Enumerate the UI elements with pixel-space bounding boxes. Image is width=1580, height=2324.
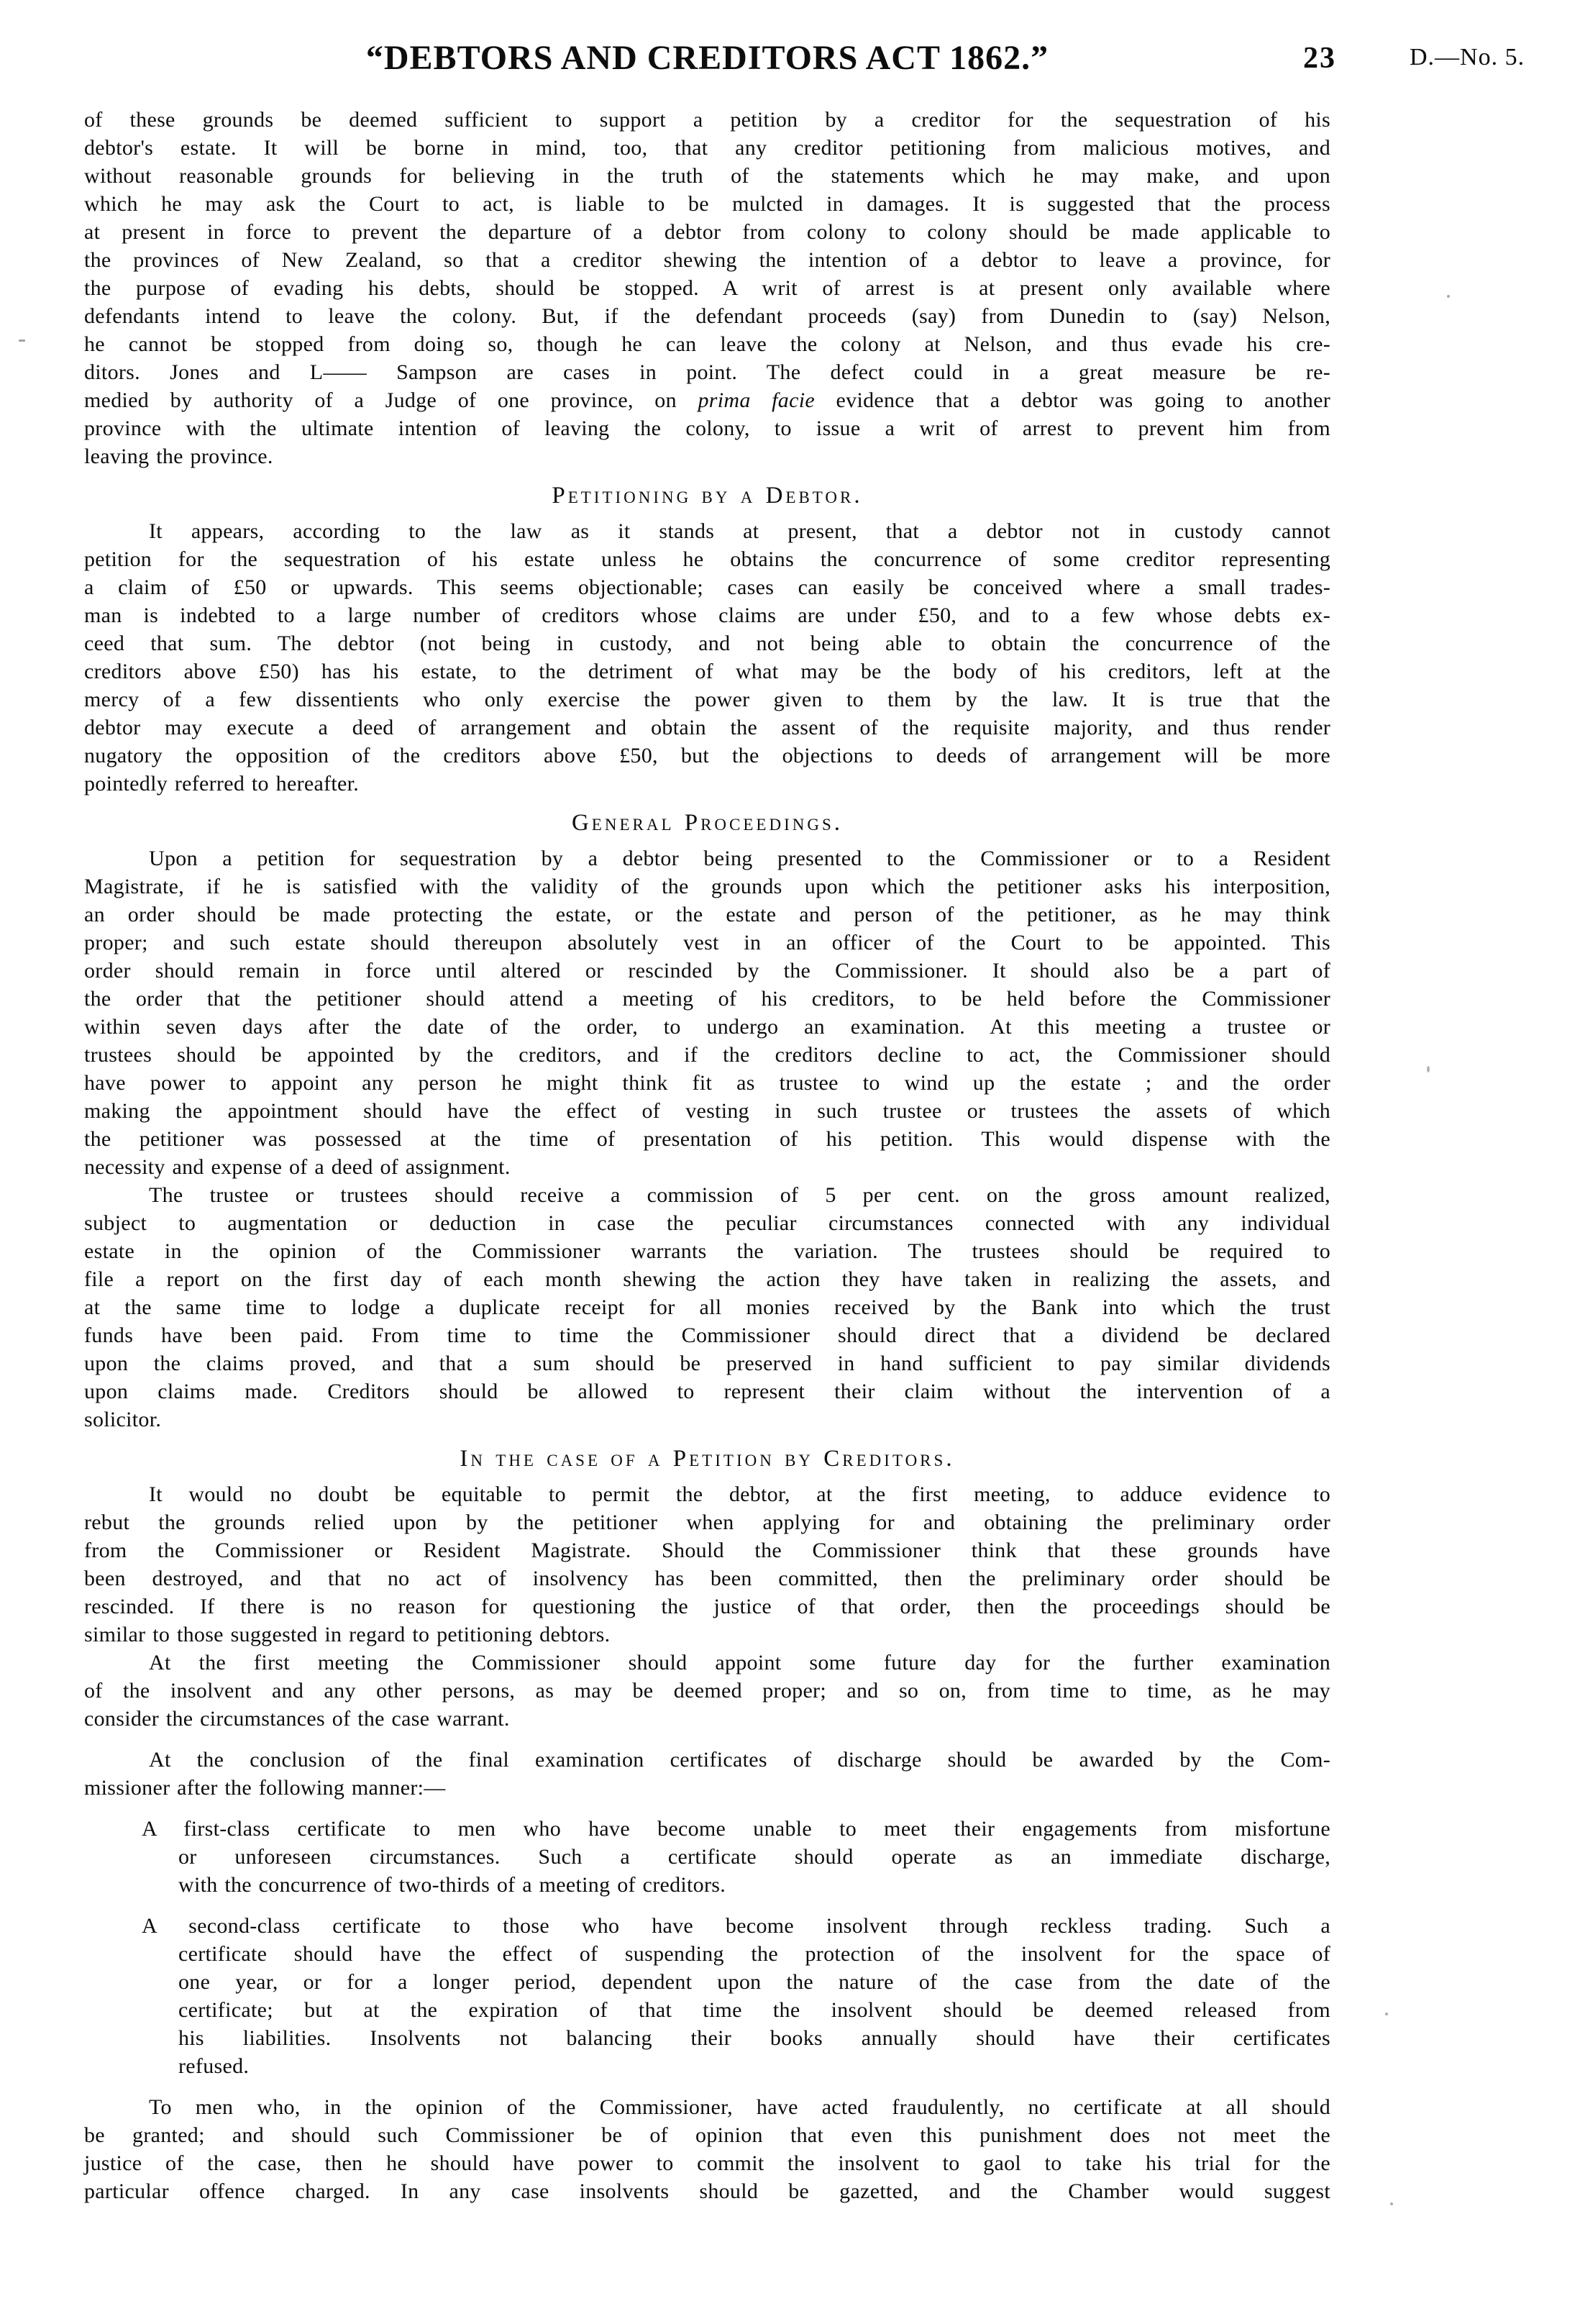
text-line: At the first meeting the Commissioner sh… [84,1649,1330,1677]
paragraph: It appears, according to the law as it s… [84,517,1330,798]
text-line: solicitor. [84,1405,1330,1434]
text-line: the petitioner was possessed at the time… [84,1125,1330,1153]
text-line: certificate should have the effect of su… [84,1940,1330,1968]
text-line: at the same time to lodge a duplicate re… [84,1293,1330,1321]
text-line: similar to those suggested in regard to … [84,1621,1330,1649]
text-line: Upon a petition for sequestration by a d… [84,844,1330,872]
text-line: nugatory the opposition of the creditors… [84,742,1330,770]
page-header: “DEBTORS AND CREDITORS ACT 1862.” 23 D.—… [84,32,1330,106]
text-line: Magistrate, if he is satisfied with the … [84,872,1330,901]
text-line: funds have been paid. From time to time … [84,1321,1330,1349]
text-line: making the appointment should have the e… [84,1097,1330,1125]
paragraph: At the first meeting the Commissioner sh… [84,1649,1330,1733]
text-line: trustees should be appointed by the cred… [84,1041,1330,1069]
text-line: A first-class certificate to men who hav… [84,1815,1330,1843]
text-line: have power to appoint any person he migh… [84,1069,1330,1097]
certificate-item: A second-class certificate to those who … [84,1912,1330,2080]
text-segment: medied by authority of a Judge of one pr… [84,388,698,412]
text-line: It would no doubt be equitable to permit… [84,1480,1330,1508]
text-line: refused. [84,2052,1330,2080]
text-segment: evidence that a debtor was going to anot… [815,388,1330,412]
text-line: debtor may execute a deed of arrangement… [84,714,1330,742]
text-line: defendants intend to leave the colony. B… [84,302,1330,330]
text-line: without reasonable grounds for believing… [84,162,1330,190]
document-body: of these grounds be deemed sufficient to… [84,106,1330,2205]
text-line: The trustee or trustees should receive a… [84,1181,1330,1209]
page-title: “DEBTORS AND CREDITORS ACT 1862.” [84,32,1330,78]
text-line: his liabilities. Insolvents not balancin… [84,2024,1330,2052]
text-line: a claim of £50 or upwards. This seems ob… [84,573,1330,601]
text-line: missioner after the following manner:— [84,1774,1330,1802]
text-line: upon the claims proved, and that a sum s… [84,1349,1330,1377]
text-line: estate in the opinion of the Commissione… [84,1237,1330,1265]
text-line: It appears, according to the law as it s… [84,517,1330,545]
paragraph: Upon a petition for sequestration by a d… [84,844,1330,1181]
text-line: from the Commissioner or Resident Magist… [84,1536,1330,1564]
text-line: medied by authority of a Judge of one pr… [84,386,1330,414]
scan-artifact [1390,2202,1393,2205]
text-line: mercy of a few dissentients who only exe… [84,685,1330,714]
scan-artifact [1385,2013,1388,2015]
text-line: A second-class certificate to those who … [84,1912,1330,1940]
paragraph: The trustee or trustees should receive a… [84,1181,1330,1434]
scan-artifact [19,340,25,342]
text-line: at present in force to prevent the depar… [84,218,1330,246]
text-line: or unforeseen circumstances. Such a cert… [84,1843,1330,1871]
section-heading: General Proceedings. [84,809,1330,837]
paragraph: It would no doubt be equitable to permit… [84,1480,1330,1649]
document-page: “DEBTORS AND CREDITORS ACT 1862.” 23 D.—… [0,0,1580,2324]
text-line: ditors. Jones and L—— Sampson are cases … [84,358,1330,386]
text-line: be granted; and should such Commissioner… [84,2121,1330,2149]
paragraph: To men who, in the opinion of the Commis… [84,2093,1330,2205]
text-line: rescinded. If there is no reason for que… [84,1592,1330,1621]
text-line: leaving the province. [84,442,1330,470]
section-heading: In the case of a Petition by Creditors. [84,1445,1330,1473]
text-line: file a report on the first day of each m… [84,1265,1330,1293]
text-line: he cannot be stopped from doing so, thou… [84,330,1330,358]
text-line: the provinces of New Zealand, so that a … [84,246,1330,274]
text-line: rebut the grounds relied upon by the pet… [84,1508,1330,1536]
text-line: creditors above £50) has his estate, to … [84,657,1330,685]
text-line: pointedly referred to hereafter. [84,770,1330,798]
text-line: one year, or for a longer period, depend… [84,1968,1330,1996]
text-line: upon claims made. Creditors should be al… [84,1377,1330,1405]
text-line: consider the circumstances of the case w… [84,1705,1330,1733]
italic-text: prima facie [698,388,815,412]
certificate-item: A first-class certificate to men who hav… [84,1815,1330,1899]
paragraph: of these grounds be deemed sufficient to… [84,106,1330,470]
text-line: ceed that sum. The debtor (not being in … [84,629,1330,657]
text-line: been destroyed, and that no act of insol… [84,1564,1330,1592]
paragraph: At the conclusion of the final examinati… [84,1746,1330,1802]
text-column: “DEBTORS AND CREDITORS ACT 1862.” 23 D.—… [84,32,1330,2205]
scan-artifact [1427,1066,1430,1072]
scan-artifact [1447,295,1450,298]
text-line: with the concurrence of two-thirds of a … [84,1871,1330,1899]
page-number: 23 [1303,41,1336,76]
document-reference: D.—No. 5. [1410,44,1580,71]
text-line: the order that the petitioner should att… [84,985,1330,1013]
text-line: of these grounds be deemed sufficient to… [84,106,1330,134]
text-line: of the insolvent and any other persons, … [84,1677,1330,1705]
text-line: debtor's estate. It will be borne in min… [84,134,1330,162]
text-line: At the conclusion of the final examinati… [84,1746,1330,1774]
text-line: the purpose of evading his debts, should… [84,274,1330,302]
text-line: particular offence charged. In any case … [84,2177,1330,2205]
text-line: certificate; but at the expiration of th… [84,1996,1330,2024]
text-line: an order should be made protecting the e… [84,901,1330,929]
text-line: To men who, in the opinion of the Commis… [84,2093,1330,2121]
text-line: justice of the case, then he should have… [84,2149,1330,2177]
text-line: within seven days after the date of the … [84,1013,1330,1041]
text-line: petition for the sequestration of his es… [84,545,1330,573]
text-line: order should remain in force until alter… [84,957,1330,985]
text-line: man is indebted to a large number of cre… [84,601,1330,629]
text-line: province with the ultimate intention of … [84,414,1330,442]
text-line: necessity and expense of a deed of assig… [84,1153,1330,1181]
section-heading: Petitioning by a Debtor. [84,482,1330,510]
text-line: subject to augmentation or deduction in … [84,1209,1330,1237]
text-line: proper; and such estate should thereupon… [84,929,1330,957]
text-line: which he may ask the Court to act, is li… [84,190,1330,218]
